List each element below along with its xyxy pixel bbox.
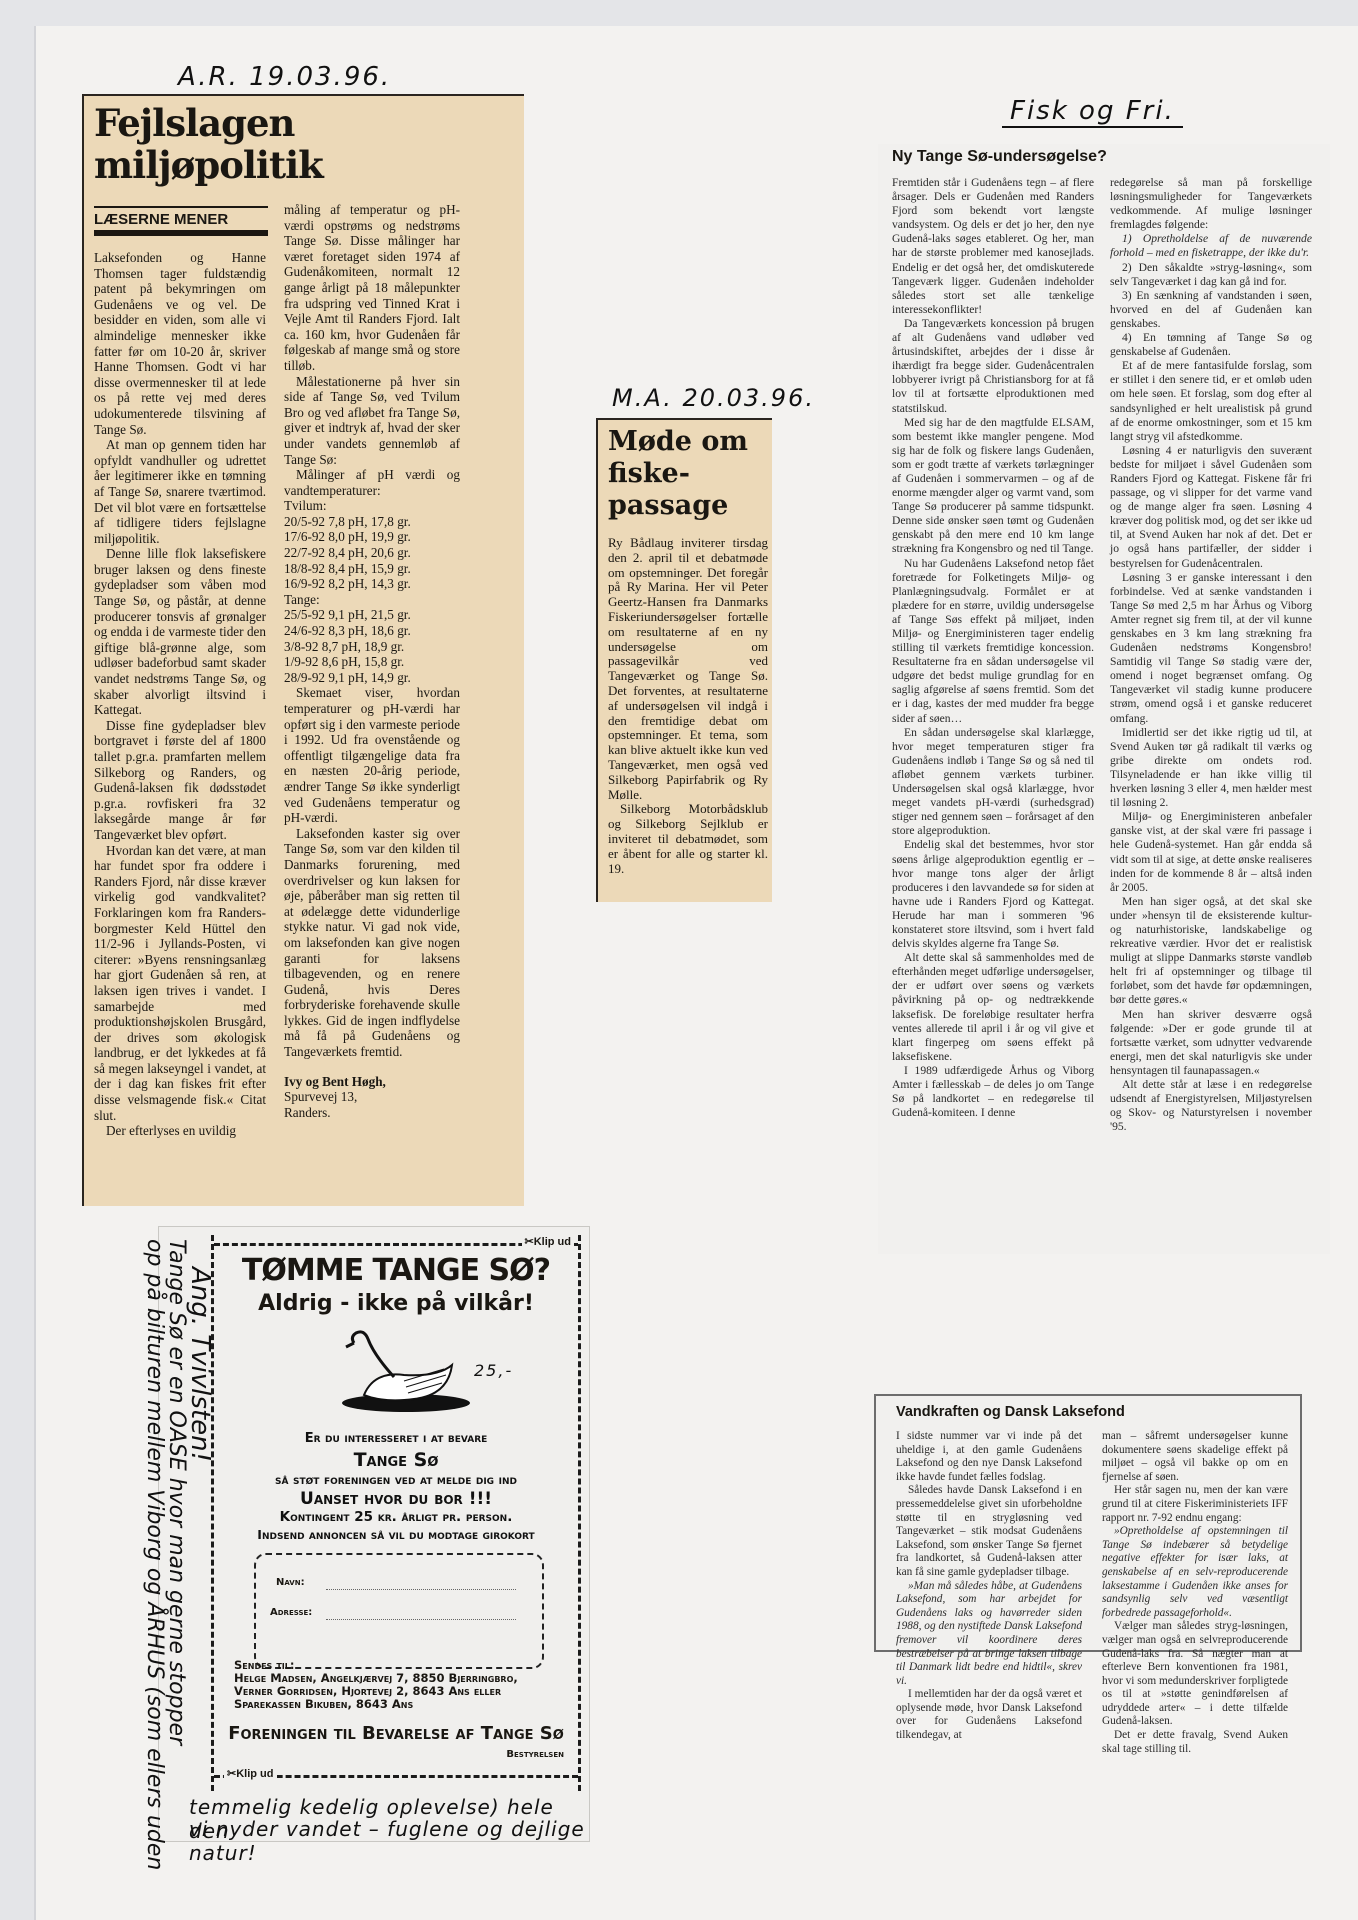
paragraph: Fremtiden står i Gudenåens tegn – af fle…: [892, 176, 1094, 317]
swan-icon: [334, 1325, 474, 1415]
klip-ud-bottom-label: ✂Klip ud: [224, 1767, 277, 1780]
coupon-form: Navn: Adresse:: [254, 1553, 544, 1669]
paragraph: Løsning 4 er naturligvis den suverænt be…: [1110, 444, 1312, 571]
paragraph: At man op gennem tiden har opfyldt vandh…: [94, 437, 266, 546]
clipping-ny-tange-so-undersogelse: Ny Tange Sø-undersøgelse? Fremtiden står…: [878, 144, 1330, 1254]
advert-subheadline: Aldrig - ikke på vilkår!: [214, 1291, 578, 1316]
measurement-row: 25/5-92 9,1 pH, 21,5 gr.: [284, 607, 460, 623]
paragraph: I sidste nummer var vi inde på det uheld…: [896, 1430, 1082, 1484]
option-3: 3) En sænkning af vandstanden i søen, hv…: [1110, 289, 1312, 331]
paragraph: man – såfremt undersøgelser kunne dokume…: [1102, 1430, 1288, 1484]
paragraph: måling af temperatur og pH-værdi opstrøm…: [284, 202, 460, 374]
article-column-1: Laksefonden og Hanne Thomsen tager fulds…: [94, 250, 266, 1139]
paragraph: Med sig har de den magtfulde ELSAM, som …: [892, 416, 1094, 557]
article-title: Møde om fiske-passage: [608, 426, 772, 522]
paragraph: Denne lille flok laksefiskere bruger lak…: [94, 546, 266, 718]
clip1-source-annotation: A.R. 19.03.96.: [178, 62, 391, 92]
paragraph: Men han siger også, at det skal ske unde…: [1110, 895, 1312, 1008]
paragraph: Men han skriver desværre også følgende: …: [1110, 1008, 1312, 1078]
advert-line: Tange Sø: [214, 1449, 578, 1471]
quote: »Man må således håbe, at Gudenåens Lakse…: [896, 1580, 1082, 1689]
paragraph: Løsning 3 er ganske interessant i den fo…: [1110, 571, 1312, 726]
paragraph: Målestationerne på hver sin side af Tang…: [284, 374, 460, 468]
measurement-row: 28/9-92 9,1 pH, 14,9 gr.: [284, 670, 460, 686]
paragraph: Da Tangeværkets koncession på brugen af …: [892, 317, 1094, 416]
clipping-mode-om-fiskepassage: Møde om fiske-passage Ry Bådlaug inviter…: [596, 418, 772, 902]
advert-line: Er du interesseret i at bevare: [214, 1431, 578, 1446]
paragraph: redegørelse så man på forskellige løsnin…: [1110, 176, 1312, 232]
article-title: Vandkraften og Dansk Laksefond: [896, 1404, 1125, 1420]
station-label: Tange:: [284, 592, 460, 608]
advert-line: så støt foreningen ved at melde dig ind: [214, 1473, 578, 1488]
paragraph: Silkeborg Motorbådsklub og Silkeborg Sej…: [608, 802, 768, 876]
quote: »Opretholdelse af opstemningen til Tange…: [1102, 1525, 1288, 1620]
article-title: Ny Tange Sø-undersøgelse?: [892, 148, 1107, 166]
paragraph: Det er dette fravalg, Svend Auken skal t…: [1102, 1729, 1288, 1756]
article-column-2: redegørelse så man på forskellige løsnin…: [1110, 176, 1312, 1134]
article-title: Fejlslagen miljøpolitik: [94, 102, 524, 186]
clip2-source-annotation: M.A. 20.03.96.: [612, 384, 815, 412]
measurement-table: Tvilum: 20/5-92 7,8 pH, 17,8 gr. 17/6-92…: [284, 498, 460, 685]
handwritten-margin-note: op på bilturen mellem Viborg og ÅRHUS (s…: [142, 1239, 167, 1870]
paragraph: Skemaet viser, hvordan temperaturer og p…: [284, 685, 460, 825]
article-body: Ry Bådlaug inviterer tirsdag den 2. apri…: [608, 536, 768, 876]
send-to-block: Sendes til: Helge Madsen, Angelkjærvej 7…: [234, 1659, 518, 1711]
section-kicker: LÆSERNE MENER: [94, 206, 268, 236]
measurement-row: 24/6-92 8,3 pH, 18,6 gr.: [284, 623, 460, 639]
measurement-row: 22/7-92 8,4 pH, 20,6 gr.: [284, 545, 460, 561]
address-field[interactable]: [326, 1619, 516, 1620]
signed-by: Bestyrelsen: [506, 1749, 564, 1760]
article-column-1: I sidste nummer var vi inde på det uheld…: [896, 1430, 1082, 1743]
paragraph: Således havde Dansk Laksefond i en press…: [896, 1484, 1082, 1579]
paragraph: Endelig skal det bestemmes, hvor stor sø…: [892, 838, 1094, 951]
paragraph: Disse fine gydepladser blev bortgravet i…: [94, 718, 266, 843]
paragraph: Imidlertid ser det ikke rigtig ud til, a…: [1110, 726, 1312, 811]
author-street: Spurvevej 13,: [284, 1089, 460, 1105]
option-1: 1) Opretholdelse af de nuværende forhold…: [1110, 232, 1312, 260]
measurement-row: 1/9-92 8,6 pH, 15,8 gr.: [284, 654, 460, 670]
clipping-advert-tomme-tange-so: Tange Sø er en OASE hvor man gerne stopp…: [158, 1226, 590, 1842]
paragraph: Nu har Gudenåens Laksefond netop fået fo…: [892, 557, 1094, 726]
measurement-row: 16/9-92 8,2 pH, 14,3 gr.: [284, 576, 460, 592]
paragraph: Alt dette står at læse i en redegørelse …: [1110, 1078, 1312, 1134]
advert-headline: TØMME TANGE SØ?: [214, 1253, 578, 1288]
station-label: Tvilum:: [284, 498, 460, 514]
top-rule: [84, 94, 524, 96]
paragraph: Et af de mere fantasifulde forslag, som …: [1110, 359, 1312, 444]
organization-name: Foreningen til Bevarelse af Tange Sø: [214, 1723, 578, 1744]
klip-ud-top-label: ✂Klip ud: [522, 1235, 575, 1248]
measurement-row: 17/6-92 8,0 pH, 19,9 gr.: [284, 529, 460, 545]
article-column-2: man – såfremt undersøgelser kunne dokume…: [1102, 1430, 1288, 1756]
paragraph: Der efterlyses en uvildig: [94, 1123, 266, 1139]
option-4: 4) En tømning af Tange Sø og genskabelse…: [1110, 331, 1312, 359]
paragraph: Her står sagen nu, men der kan være grun…: [1102, 1484, 1288, 1525]
paragraph: Laksefonden kaster sig over Tange Sø, so…: [284, 826, 460, 1060]
handwritten-price: 25,-: [474, 1361, 513, 1380]
author-city: Randers.: [284, 1105, 460, 1121]
paragraph: I mellemtiden har der da også været et o…: [896, 1688, 1082, 1742]
recipient: Sparekassen Bikuben, 8643 Ans: [234, 1698, 518, 1711]
author-name: Ivy og Bent Høgh,: [284, 1074, 460, 1090]
top-rule: [598, 418, 772, 420]
paragraph: Miljø- og Energiministeren anbefaler gan…: [1110, 810, 1312, 895]
name-label: Navn:: [276, 1577, 305, 1588]
advert-coupon: ✂Klip ud TØMME TANGE SØ? Aldrig - ikke p…: [211, 1235, 581, 1791]
clipping-fejlslagen-miljopolitik: Fejlslagen miljøpolitik LÆSERNE MENER La…: [82, 94, 524, 1206]
paragraph: Målinger af pH værdi og vandtemperaturer…: [284, 467, 460, 498]
clipping-vandkraften-og-dansk-laksefond: Vandkraften og Dansk Laksefond I sidste …: [874, 1394, 1302, 1652]
paragraph: Alt dette skal så sammenholdes med de ef…: [892, 951, 1094, 1064]
paragraph: Vælger man således stryg-løsningen, vælg…: [1102, 1620, 1288, 1729]
article-column-2: måling af temperatur og pH-værdi opstrøm…: [284, 202, 460, 1120]
address-label: Adresse:: [270, 1607, 312, 1618]
clip3-source-annotation: Fisk og Fri.: [1002, 96, 1183, 128]
advert-line: Indsend annoncen så vil du modtage girok…: [214, 1527, 578, 1542]
article-column-1: Fremtiden står i Gudenåens tegn – af fle…: [892, 176, 1094, 1120]
measurement-row: 20/5-92 7,8 pH, 17,8 gr.: [284, 514, 460, 530]
measurement-row: 3/8-92 8,7 pH, 18,9 gr.: [284, 639, 460, 655]
paragraph: En sådan undersøgelse skal klarlægge, hv…: [892, 726, 1094, 839]
paragraph: Ry Bådlaug inviterer tirsdag den 2. apri…: [608, 536, 768, 802]
name-field[interactable]: [326, 1589, 516, 1590]
paragraph: Laksefonden og Hanne Thomsen tager fulds…: [94, 250, 266, 437]
paragraph: Hvordan kan det være, at man har fundet …: [94, 843, 266, 1124]
advert-line: Uanset hvor du bor !!!: [214, 1489, 578, 1509]
handwritten-bottom-note: vi nyder vandet – fuglene og dejlige nat…: [189, 1817, 589, 1865]
advert-line: Kontingent 25 kr. årligt pr. person.: [214, 1509, 578, 1525]
paragraph: I 1989 udfærdigede Århus og Viborg Amter…: [892, 1064, 1094, 1120]
option-2: 2) Den såkaldte »stryg-løsning«, som sel…: [1110, 261, 1312, 289]
measurement-row: 18/8-92 8,4 pH, 15,9 gr.: [284, 561, 460, 577]
